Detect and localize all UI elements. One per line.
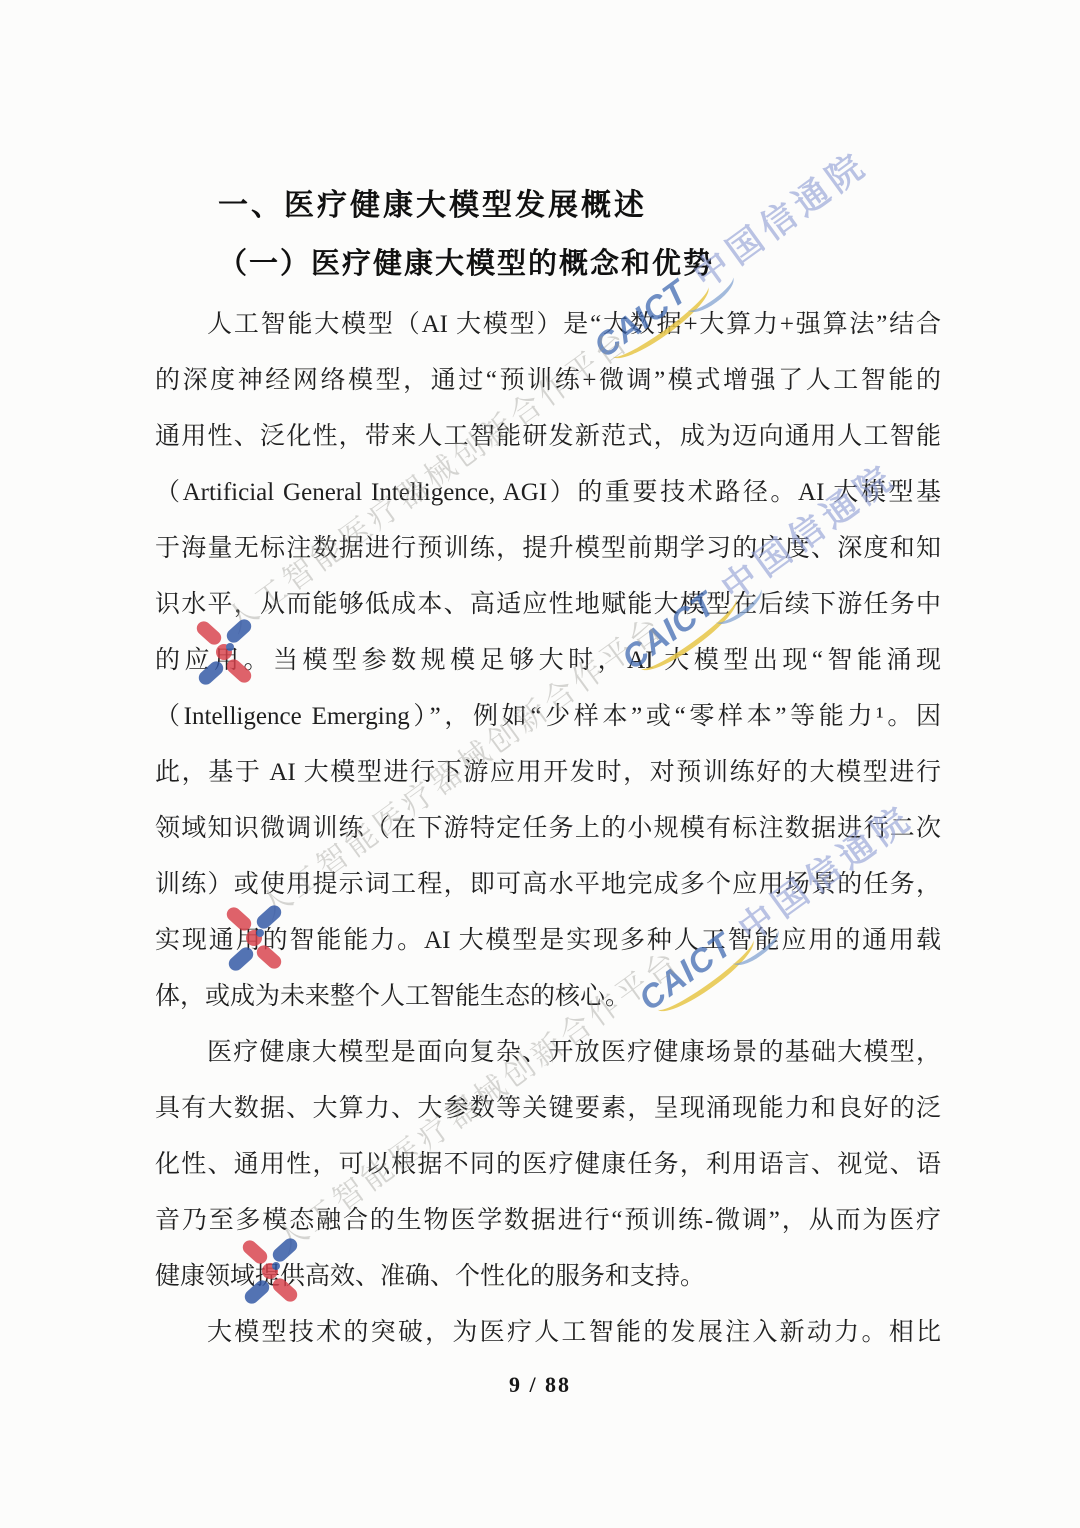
body-line: 健康领域提供高效、准确、个性化的服务和支持。 — [155, 1249, 941, 1305]
body-line: 的深度神经网络模型，通过“预训练+微调”模式增强了人工智能的 — [155, 353, 941, 409]
body-line: 的应用。当模型参数规模足够大时，AI 大模型出现“智能涌现 — [155, 633, 941, 689]
body-line: 识水平，从而能够低成本、高适应性地赋能大模型在后续下游任务中 — [155, 577, 941, 633]
body-line: 化性、通用性，可以根据不同的医疗健康任务，利用语言、视觉、语 — [155, 1137, 941, 1193]
subsection-heading: （一）医疗健康大模型的概念和优势 — [218, 241, 714, 282]
body-line: 于海量无标注数据进行预训练，提升模型前期学习的广度、深度和知 — [155, 521, 941, 577]
body-line: 人工智能大模型（AI 大模型）是“大数据+大算力+强算法”结合 — [155, 297, 941, 353]
body-line: 领域知识微调训练（在下游特定任务上的小规模有标注数据进行二次 — [155, 801, 941, 857]
body-line: （Artificial General Intelligence, AGI）的重… — [155, 465, 941, 521]
body-line: 医疗健康大模型是面向复杂、开放医疗健康场景的基础大模型， — [155, 1025, 941, 1081]
body-line: 实现通用的智能能力。AI 大模型是实现多种人工智能应用的通用载 — [155, 913, 941, 969]
body-line: 具有大数据、大算力、大参数等关键要素，呈现涌现能力和良好的泛 — [155, 1081, 941, 1137]
body-line: 体，或成为未来整个人工智能生态的核心。 — [155, 969, 941, 1025]
body-line: 训练）或使用提示词工程，即可高水平地完成多个应用场景的任务， — [155, 857, 941, 913]
page-number: 9 / 88 — [0, 1372, 1080, 1398]
body-line: 此，基于 AI 大模型进行下游应用开发时，对预训练好的大模型进行 — [155, 745, 941, 801]
body-line: （Intelligence Emerging）”，例如“少样本”或“零样本”等能… — [155, 689, 941, 745]
document-page: 一、医疗健康大模型发展概述 （一）医疗健康大模型的概念和优势 人工智能大模型（A… — [0, 0, 1080, 1528]
section-heading: 一、医疗健康大模型发展概述 — [218, 180, 647, 224]
body-text: 人工智能大模型（AI 大模型）是“大数据+大算力+强算法”结合的深度神经网络模型… — [155, 297, 941, 1361]
body-line: 音乃至多模态融合的生物医学数据进行“预训练-微调”，从而为医疗 — [155, 1193, 941, 1249]
body-line: 大模型技术的突破，为医疗人工智能的发展注入新动力。相比 — [155, 1305, 941, 1361]
body-line: 通用性、泛化性，带来人工智能研发新范式，成为迈向通用人工智能 — [155, 409, 941, 465]
